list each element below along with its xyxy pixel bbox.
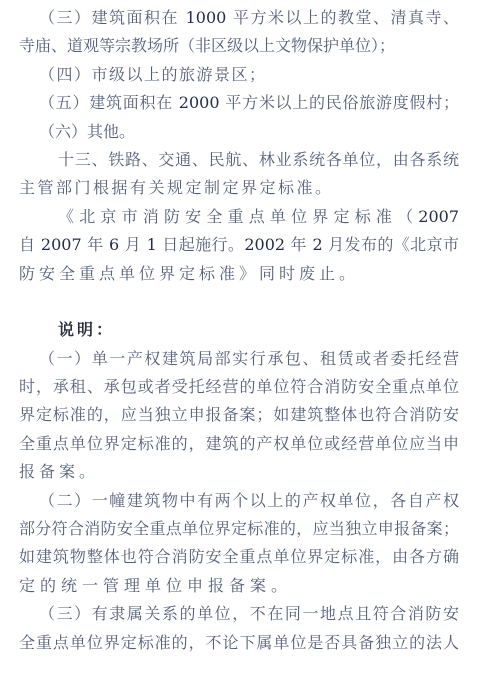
numeric-text: 1000 <box>186 8 227 27</box>
text-line: 部分符合消防安全重点单位界定标准的，应当独立申报备案； <box>19 515 459 543</box>
text-line: 报备案。 <box>19 458 459 486</box>
numeric-text: 6 <box>109 235 119 254</box>
numeric-text: 2000 <box>179 93 220 112</box>
text-line: （四）市级以上的旅游景区； <box>19 61 459 89</box>
text-line: 《北京市消防安全重点单位界定标准（2007 年修订版）》 <box>19 203 459 231</box>
text-line: （五）建筑面积在 2000 平方米以上的民俗旅游度假村； <box>19 89 459 117</box>
text-line: （六）其他。 <box>19 118 459 146</box>
text-line: 时，承租、承包或者受托经营的单位符合消防安全重点单位 <box>19 373 459 401</box>
text-line: 界定标准的，应当独立申报备案；如建筑整体也符合消防安 <box>19 401 459 429</box>
numeric-text: 2002 <box>244 235 285 254</box>
text-line: 如建筑物整体也符合消防安全重点单位界定标准，由各方确 <box>19 543 459 571</box>
numeric-text: 2007 <box>418 207 459 226</box>
numeric-text: 1 <box>147 235 157 254</box>
text-line: （二）一幢建筑物中有两个以上的产权单位，各自产权 <box>19 487 459 515</box>
section-heading: 说明： <box>19 316 459 344</box>
text-line: （三）建筑面积在 1000 平方米以上的教堂、清真寺、 <box>19 4 459 32</box>
numeric-text: 2 <box>312 235 322 254</box>
text-line: 全重点单位界定标准的，不论下属单位是否具备独立的法人 <box>19 629 459 657</box>
blank-line <box>19 288 459 316</box>
text-line: 主管部门根据有关规定制定界定标准。 <box>19 174 459 202</box>
document-text-block: （三）建筑面积在 1000 平方米以上的教堂、清真寺、寺庙、道观等宗教场所（非区… <box>19 4 459 657</box>
numeric-text: 2007 <box>41 235 82 254</box>
text-line: 定的统一管理单位申报备案。 <box>19 572 459 600</box>
text-line: 防安全重点单位界定标准》同时废止。 <box>19 260 459 288</box>
text-line: 自 2007 年 6 月 1 日起施行。2002 年 2 月发布的《北京市消 <box>19 231 459 259</box>
text-line: （一）单一产权建筑局部实行承包、租赁或者委托经营 <box>19 345 459 373</box>
document-page: （三）建筑面积在 1000 平方米以上的教堂、清真寺、寺庙、道观等宗教场所（非区… <box>0 0 477 691</box>
text-line: （三）有隶属关系的单位，不在同一地点且符合消防安 <box>19 600 459 628</box>
text-line: 十三、铁路、交通、民航、林业系统各单位，由各系统 <box>19 146 459 174</box>
text-line: 寺庙、道观等宗教场所（非区级以上文物保护单位）； <box>19 32 459 60</box>
text-line: 全重点单位界定标准的，建筑的产权单位或经营单位应当申 <box>19 430 459 458</box>
